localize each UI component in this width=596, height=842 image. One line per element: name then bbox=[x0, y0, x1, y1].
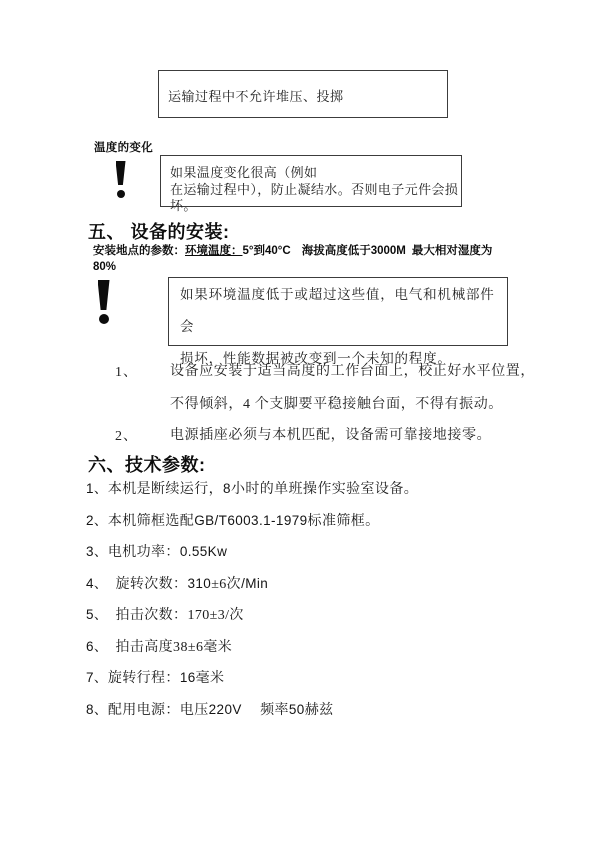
text-segment: 频率 bbox=[242, 703, 289, 718]
text-segment: 旋转行程： bbox=[108, 671, 180, 686]
text-segment: 2、 bbox=[86, 513, 108, 528]
tech-parameter-row: 3、电机功率：0.55Kw bbox=[86, 540, 556, 572]
text-segment: 本机筛框选配 bbox=[108, 514, 194, 529]
site-params-prefix: 安装地点的参数： bbox=[93, 245, 185, 257]
tech-parameter-row: 2、本机筛框选配GB/T6003.1-1979标准筛框。 bbox=[86, 509, 556, 541]
text-segment: 标准筛框。 bbox=[308, 514, 380, 529]
exclamation-bar bbox=[116, 161, 126, 185]
text-segment: 配用电源：电压 bbox=[108, 703, 209, 718]
text-segment: 小时的单班操作实验室设备。 bbox=[231, 482, 418, 497]
text-segment: 1、 bbox=[86, 481, 108, 496]
text-segment: 本机是断续运行， bbox=[108, 482, 223, 497]
tech-parameter-row: 5、 拍击次数：170±3/次 bbox=[86, 603, 556, 635]
exclamation-dot bbox=[117, 190, 125, 198]
site-parameters-line: 安装地点的参数：环境温度：5°到40°C海拔高度低于3000M最大相对湿度为 8… bbox=[93, 243, 518, 275]
install-item-text: 不得倾斜，4 个支脚要平稳接触台面，不得有振动。 bbox=[170, 393, 503, 413]
text-segment: 8、 bbox=[86, 702, 108, 717]
text-segment: 16 bbox=[180, 670, 196, 685]
section-heading-installation: 五、 设备的安装: bbox=[88, 218, 230, 244]
tech-parameter-row: 7、旋转行程：16毫米 bbox=[86, 666, 556, 698]
text-segment: 0.55Kw bbox=[180, 544, 227, 559]
text-segment: 8 bbox=[223, 481, 231, 496]
tech-parameter-row: 6、 拍击高度38±6毫米 bbox=[86, 635, 556, 667]
text-segment: 旋转次数： bbox=[101, 577, 187, 592]
text-segment: 7、 bbox=[86, 670, 108, 685]
text-segment: 拍击次数：170±3/次 bbox=[101, 608, 244, 623]
site-params-altitude: 海拔高度低于3000M bbox=[302, 245, 406, 257]
text-segment: 3、 bbox=[86, 544, 108, 559]
section-heading-tech-parameters: 六、技术参数: bbox=[88, 451, 206, 477]
text-segment: /Min bbox=[241, 576, 268, 591]
temperature-warning-line: 在运输过程中），防止凝结水。否则电子元件会损坏。 bbox=[170, 182, 461, 215]
exclamation-dot bbox=[99, 314, 109, 324]
environment-warning-line: 如果环境温度低于或超过这些值，电气和机械部件会 bbox=[180, 279, 507, 343]
text-segment: 4、 bbox=[86, 576, 101, 591]
environment-warning-box: 如果环境温度低于或超过这些值，电气和机械部件会 损坏，性能数据被改变到一个未知的… bbox=[168, 277, 508, 346]
text-segment: 310 bbox=[187, 576, 211, 591]
text-segment: 50 bbox=[289, 702, 305, 717]
tech-parameters-list: 1、本机是断续运行，8小时的单班操作实验室设备。 2、本机筛框选配GB/T600… bbox=[86, 477, 556, 729]
temperature-warning-line: 如果温度变化很高（例如 bbox=[170, 165, 461, 182]
text-segment: 220V bbox=[209, 702, 242, 717]
document-page: 运输过程中不允许堆压、投掷 温度的变化 如果温度变化很高（例如 在运输过程中），… bbox=[0, 0, 596, 842]
text-segment: 6、 bbox=[86, 639, 101, 654]
text-segment: GB/T6003.1-1979 bbox=[194, 513, 307, 528]
transport-notice-text: 运输过程中不允许堆压、投掷 bbox=[168, 89, 344, 104]
install-item-text: 电源插座必须与本机匹配，设备需可靠接地接零。 bbox=[170, 424, 491, 444]
text-segment: 5、 bbox=[86, 607, 101, 622]
text-segment: 赫兹 bbox=[305, 703, 334, 718]
text-segment: ±6次 bbox=[211, 577, 241, 592]
site-params-temp-range: 5°到40°C bbox=[243, 245, 291, 257]
install-item-text: 设备应安装于适当高度的工作台面上，校正好水平位置， bbox=[170, 360, 535, 380]
warning-exclamation-icon bbox=[115, 161, 126, 198]
tech-parameter-row: 4、 旋转次数：310±6次/Min bbox=[86, 572, 556, 604]
install-item-number: 1、 bbox=[115, 361, 138, 381]
site-params-humidity-label: 最大相对湿度为 bbox=[412, 245, 493, 257]
site-params-ambient-temp-label: 环境温度： bbox=[185, 245, 243, 257]
site-params-humidity-value: 80% bbox=[93, 259, 518, 275]
install-item-number: 2、 bbox=[115, 425, 138, 445]
temperature-change-label: 温度的变化 bbox=[94, 139, 153, 155]
tech-parameter-row: 8、配用电源：电压220V 频率50赫兹 bbox=[86, 698, 556, 730]
text-segment: 拍击高度38±6毫米 bbox=[101, 640, 232, 655]
text-segment: 电机功率： bbox=[108, 545, 180, 560]
temperature-warning-box: 如果温度变化很高（例如 在运输过程中），防止凝结水。否则电子元件会损坏。 bbox=[160, 155, 462, 207]
tech-parameter-row: 1、本机是断续运行，8小时的单班操作实验室设备。 bbox=[86, 477, 556, 509]
text-segment: 毫米 bbox=[196, 671, 225, 686]
exclamation-bar bbox=[98, 280, 110, 310]
transport-notice-box: 运输过程中不允许堆压、投掷 bbox=[158, 70, 448, 118]
warning-exclamation-icon bbox=[97, 280, 110, 324]
